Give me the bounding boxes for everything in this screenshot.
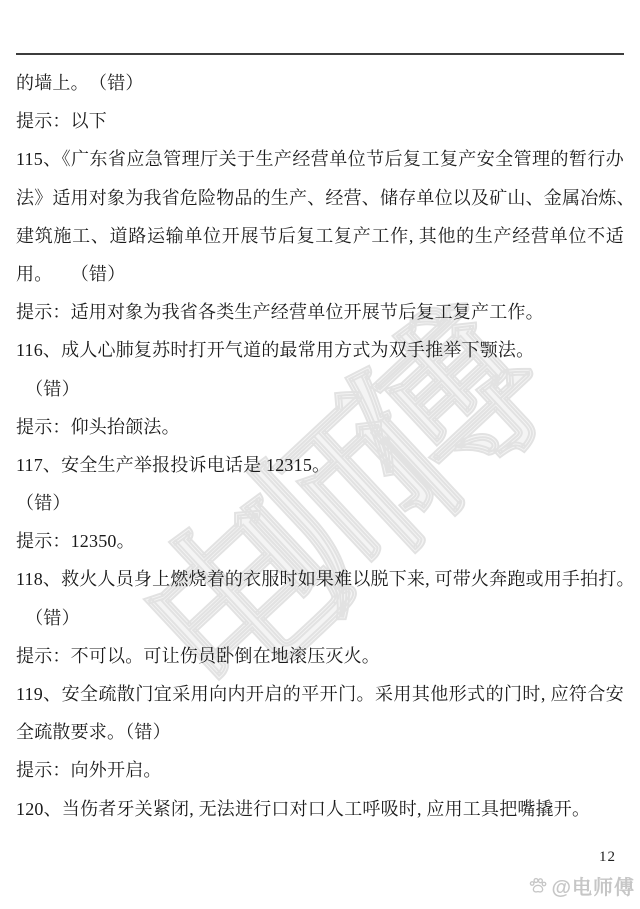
document-page: { "page": { "number": "12", "background_… [0, 0, 640, 909]
text-line: 120、当伤者牙关紧闭, 无法进行口对口人工呼吸时, 应用工具把嘴撬开。 [16, 790, 624, 828]
text-line: 提示：不可以。可让伤员卧倒在地滚压灭火。 [16, 637, 624, 675]
text-line: 119、安全疏散门宜采用向内开启的平开门。采用其他形式的门时, 应符合安 [16, 675, 624, 713]
text-line: （错） [16, 599, 624, 637]
text-line: 115、《广东省应急管理厅关于生产经营单位节后复工复产安全管理的暂行办 [16, 140, 624, 178]
text-line: 提示：12350。 [16, 522, 624, 560]
text-line: 提示：适用对象为我省各类生产经营单位开展节后复工复产工作。 [16, 293, 624, 331]
paw-icon [528, 876, 548, 896]
header-divider [16, 53, 624, 55]
text-line: 117、安全生产举报投诉电话是 12315。 [16, 446, 624, 484]
text-line: 全疏散要求。（错） [16, 713, 624, 751]
corner-watermark-handle: @电师傅 [551, 871, 635, 900]
text-line: 提示：以下 [16, 102, 624, 140]
text-line: 116、成人心肺复苏时打开气道的最常用方式为双手推举下颚法。 [16, 331, 624, 369]
text-line: 的墙上。 （错） [16, 64, 624, 102]
text-line: 118、救火人员身上燃烧着的衣服时如果难以脱下来, 可带火奔跑或用手拍打。 [16, 560, 624, 598]
text-line: 建筑施工、道路运输单位开展节后复工复产工作, 其他的生产经营单位不适 [16, 217, 624, 255]
text-line: （错） [16, 370, 624, 408]
text-line: 用。 （错） [16, 255, 624, 293]
text-line: 提示：向外开启。 [16, 751, 624, 789]
corner-watermark: @电师傅 [528, 871, 635, 900]
text-line: （错） [16, 484, 624, 522]
document-body: 的墙上。 （错）提示：以下115、《广东省应急管理厅关于生产经营单位节后复工复产… [16, 64, 624, 828]
text-line: 提示：仰头抬颌法。 [16, 408, 624, 446]
text-line: 法》适用对象为我省危险物品的生产、经营、储存单位以及矿山、金属冶炼、 [16, 179, 624, 217]
page-number: 12 [599, 849, 616, 866]
